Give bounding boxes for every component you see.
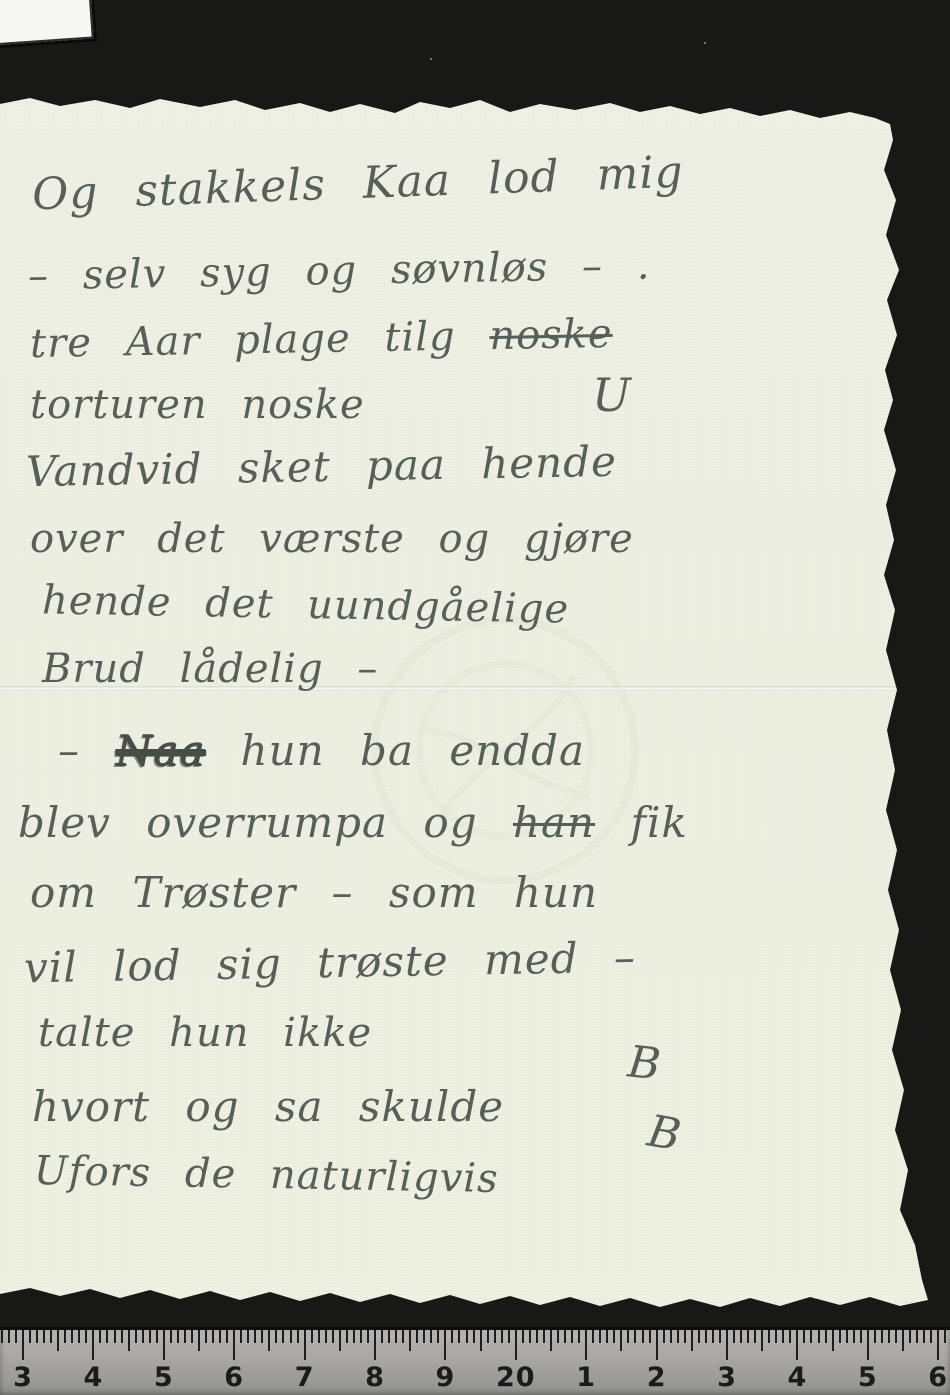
margin-mark: B [644, 1106, 685, 1162]
ruler-tick [684, 1330, 686, 1343]
scribbled-word: Naa [115, 726, 205, 775]
ruler-tick [177, 1330, 179, 1343]
ruler-tick [585, 1330, 587, 1360]
ruler-tick [494, 1330, 496, 1343]
ruler-tick [339, 1330, 341, 1351]
ruler-tick [719, 1330, 721, 1343]
ruler-tick [620, 1330, 622, 1351]
ruler-tick [508, 1330, 510, 1343]
ruler-tick [142, 1330, 144, 1343]
ruler-tick [839, 1330, 841, 1343]
margin-mark: B [625, 1036, 662, 1090]
ruler-tick [825, 1330, 827, 1343]
ruler-tick [416, 1330, 418, 1343]
ruler-tick [1, 1330, 3, 1343]
ruler-tick [768, 1330, 770, 1343]
handwritten-line: tre Aar plage tilg noske [30, 311, 613, 367]
handwritten-line: blev overrumpa og han fik [18, 798, 688, 847]
line-text: fik [595, 798, 688, 847]
ruler-tick [782, 1330, 784, 1343]
ruler-tick [325, 1330, 327, 1343]
ruler-tick [304, 1330, 306, 1360]
ruler-number: 5 [154, 1362, 174, 1393]
ruler-tick [71, 1330, 73, 1343]
measuring-ruler: 345678920123456 [0, 1327, 950, 1395]
ruler-tick [881, 1330, 883, 1343]
ruler-tick [634, 1330, 636, 1343]
ruler-tick [8, 1330, 10, 1343]
ruler-tick [740, 1330, 742, 1343]
ruler-tick [297, 1330, 299, 1343]
handwritten-line: torturen noske [30, 382, 365, 428]
ruler-tick [606, 1330, 608, 1343]
ruler-tick [367, 1330, 369, 1343]
ruler-tick [599, 1330, 601, 1343]
ruler-tick [923, 1330, 925, 1343]
ruler-tick [853, 1330, 855, 1343]
ruler-tick [423, 1330, 425, 1343]
ruler-tick [557, 1330, 559, 1343]
handwritten-line: Ufors de naturligvis [34, 1148, 499, 1202]
ruler-tick [733, 1330, 735, 1343]
ruler-tick [184, 1330, 186, 1343]
ruler-tick [543, 1330, 545, 1343]
ruler-tick [121, 1330, 123, 1343]
ruler-tick [318, 1330, 320, 1343]
ruler-number: 8 [365, 1362, 385, 1393]
ruler-tick [564, 1330, 566, 1343]
ruler-tick [902, 1330, 904, 1351]
ruler-tick [128, 1330, 130, 1351]
ruler-tick [515, 1330, 517, 1360]
handwritten-line: vil lod sig trøste med – [24, 933, 637, 993]
ruler-tick [747, 1330, 749, 1343]
ruler-tick [360, 1330, 362, 1343]
ruler-tick [451, 1330, 453, 1343]
ruler-tick [106, 1330, 108, 1343]
ruler-tick [487, 1330, 489, 1343]
ruler-tick [705, 1330, 707, 1343]
ruler-tick [789, 1330, 791, 1343]
line-text: – [58, 726, 115, 775]
ruler-tick [198, 1330, 200, 1351]
ruler-tick [36, 1330, 38, 1343]
ruler-number: 20 [496, 1362, 536, 1393]
ruler-tick [261, 1330, 263, 1343]
ruler-tick [92, 1330, 94, 1360]
ruler-tick [135, 1330, 137, 1343]
ruler-tick [353, 1330, 355, 1343]
handwritten-line: – selv syg og søvnløs – . [28, 243, 651, 300]
ruler-tick [726, 1330, 728, 1360]
handwritten-line: hende det uundgåelige [42, 577, 570, 632]
ruler-tick [275, 1330, 277, 1343]
ruler-tick [649, 1330, 651, 1343]
ruler-tick [114, 1330, 116, 1343]
ruler-tick [332, 1330, 334, 1343]
ruler-tick [677, 1330, 679, 1343]
ruler-tick [818, 1330, 820, 1343]
ruler-tick [163, 1330, 165, 1360]
ruler-tick [642, 1330, 644, 1343]
ruler-tick [522, 1330, 524, 1343]
ruler-tick [712, 1330, 714, 1343]
ruler-tick [656, 1330, 658, 1360]
handwritten-line: om Trøster – som hun [30, 868, 598, 917]
ruler-tick [571, 1330, 573, 1343]
ruler-tick [670, 1330, 672, 1343]
ruler-tick [550, 1330, 552, 1351]
ruler-tick [78, 1330, 80, 1343]
ruler-tick [888, 1330, 890, 1343]
archive-label-tab [0, 0, 94, 45]
ruler-tick [149, 1330, 151, 1343]
ruler-tick [212, 1330, 214, 1343]
ruler-tick [874, 1330, 876, 1343]
ruler-tick [909, 1330, 911, 1343]
handwritten-line: – Naa hun ba endda [58, 726, 585, 775]
ruler-tick [930, 1330, 932, 1343]
ruler-number: 5 [858, 1362, 878, 1393]
ruler-tick [402, 1330, 404, 1343]
ruler-tick [761, 1330, 763, 1351]
ruler-tick [99, 1330, 101, 1343]
ruler-tick [895, 1330, 897, 1343]
ruler-tick [944, 1330, 946, 1343]
ruler-tick [860, 1330, 862, 1343]
handwritten-line: Og stakkels Kaa lod mig [31, 147, 684, 221]
ruler-tick [268, 1330, 270, 1351]
ruler-tick [205, 1330, 207, 1343]
struck-word: noske [489, 311, 613, 359]
struck-word: han [513, 798, 595, 847]
ruler-tick [536, 1330, 538, 1343]
ruler-number: 1 [576, 1362, 596, 1393]
line-text: hun ba endda [205, 726, 585, 775]
dust-speck [430, 58, 432, 60]
ruler-tick [937, 1330, 939, 1360]
ruler-tick [810, 1330, 812, 1343]
ruler-tick [754, 1330, 756, 1343]
ruler-tick [775, 1330, 777, 1343]
handwritten-line: Brud lådelig – [42, 646, 378, 692]
ruler-tick [796, 1330, 798, 1360]
ruler-tick [388, 1330, 390, 1343]
ruler-number: 2 [647, 1362, 667, 1393]
ruler-tick [29, 1330, 31, 1343]
ruler-tick [346, 1330, 348, 1343]
ruler-number: 4 [83, 1362, 103, 1393]
ruler-tick [698, 1330, 700, 1343]
ruler-tick [156, 1330, 158, 1343]
ruler-tick [803, 1330, 805, 1343]
ruler-tick [466, 1330, 468, 1343]
ruler-number: 6 [928, 1362, 948, 1393]
ruler-tick [247, 1330, 249, 1343]
ruler-tick [846, 1330, 848, 1343]
ruler-tick [226, 1330, 228, 1343]
ruler-tick [85, 1330, 87, 1343]
ruler-tick [381, 1330, 383, 1343]
ruler-tick [409, 1330, 411, 1351]
ruler-tick [254, 1330, 256, 1343]
ruler-tick [916, 1330, 918, 1343]
ruler-number: 3 [13, 1362, 33, 1393]
ruler-tick [50, 1330, 52, 1343]
ruler-tick [613, 1330, 615, 1343]
ruler-tick [170, 1330, 172, 1343]
ruler-tick [282, 1330, 284, 1343]
handwritten-line: hvort og sa skulde [32, 1082, 504, 1131]
ruler-tick [444, 1330, 446, 1360]
ruler-tick [22, 1330, 24, 1360]
handwritten-line: over det værste og gjøre [30, 516, 634, 562]
ruler-tick [290, 1330, 292, 1343]
ruler-tick [501, 1330, 503, 1343]
ruler-tick [374, 1330, 376, 1360]
dust-speck [704, 42, 706, 44]
ruler-tick [480, 1330, 482, 1351]
ruler-number: 4 [787, 1362, 807, 1393]
ruler-tick [240, 1330, 242, 1343]
ruler-tick [832, 1330, 834, 1351]
ruler-tick [219, 1330, 221, 1343]
ruler-tick [191, 1330, 193, 1343]
ruler-tick [578, 1330, 580, 1343]
ruler-tick [458, 1330, 460, 1343]
ruler-number: 7 [295, 1362, 315, 1393]
ruler-number: 3 [717, 1362, 737, 1393]
line-text: blev overrumpa og [18, 798, 513, 847]
margin-mark: U [592, 368, 631, 422]
ruler-number: 6 [224, 1362, 244, 1393]
ruler-tick [867, 1330, 869, 1360]
ruler-tick [64, 1330, 66, 1343]
ruler-number: 9 [435, 1362, 455, 1393]
ruler-tick [592, 1330, 594, 1343]
ruler-tick [57, 1330, 59, 1351]
ruler-tick [15, 1330, 17, 1343]
ruler-tick [473, 1330, 475, 1343]
ruler-tick [663, 1330, 665, 1343]
manuscript-page: Og stakkels Kaa lod mig – selv syg og sø… [0, 0, 950, 1395]
ruler-tick [43, 1330, 45, 1343]
handwritten-line: Vandvid sket paa hende [26, 437, 618, 496]
ruler-tick [437, 1330, 439, 1343]
ruler-tick [430, 1330, 432, 1343]
ruler-tick [233, 1330, 235, 1360]
ruler-tick [691, 1330, 693, 1351]
ruler-tick [627, 1330, 629, 1343]
ruler-tick [311, 1330, 313, 1343]
handwritten-line: talte hun ikke [38, 1010, 372, 1056]
ruler-tick [395, 1330, 397, 1343]
line-text: tre Aar plage tilg [30, 313, 490, 367]
ruler-tick [529, 1330, 531, 1343]
